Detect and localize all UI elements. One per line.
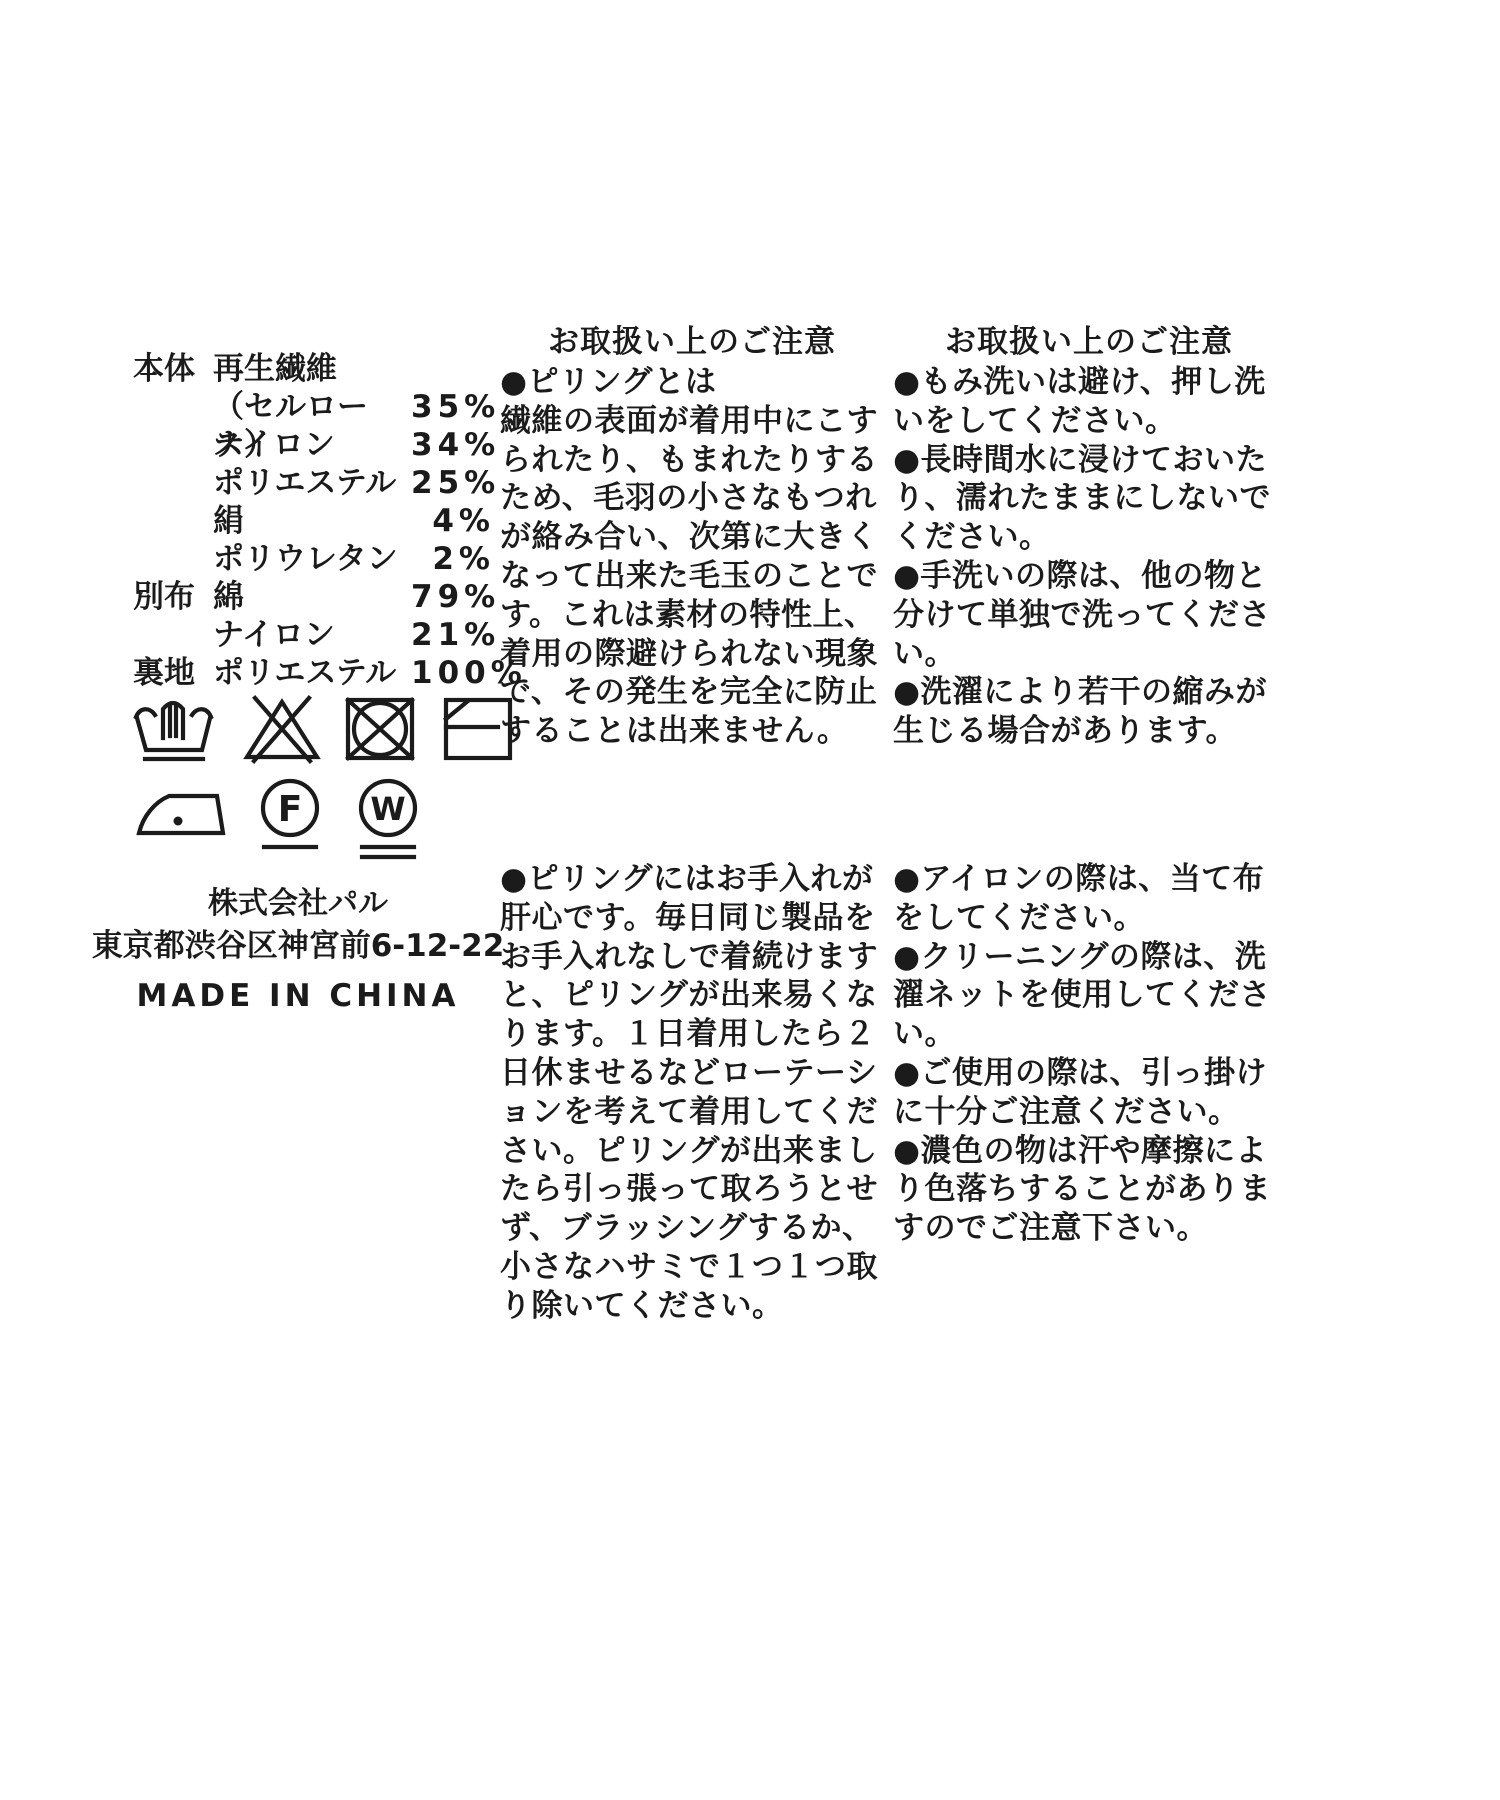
percent-value: 35% bbox=[411, 388, 495, 426]
composition-row: 絹 4% bbox=[133, 502, 490, 540]
material-label: 再生繊維 bbox=[213, 350, 411, 388]
care-symbols-row2: F W bbox=[133, 775, 427, 865]
part-label bbox=[133, 388, 213, 426]
care-label-sheet: 本体 再生繊維 （セルロース） 35% ナイロン 34% ポリエステル 25% … bbox=[0, 0, 1500, 1800]
part-label: 裏地 bbox=[133, 654, 213, 692]
composition-row: 別布 綿 79% bbox=[133, 578, 490, 616]
material-label: ポリウレタン bbox=[213, 540, 411, 578]
washing-instructions-text: ●もみ洗いは避け、押し洗 いをしてください。 ●長時間水に浸けておいた り、濡れ… bbox=[893, 363, 1293, 751]
percent-value: 2% bbox=[411, 540, 495, 578]
composition-row: 本体 再生繊維 bbox=[133, 350, 490, 388]
do-not-bleach-icon bbox=[240, 692, 324, 766]
part-label bbox=[133, 502, 213, 540]
dry-clean-f-icon: F bbox=[251, 775, 329, 855]
material-label: ポリエステル bbox=[213, 464, 411, 502]
composition-row: 裏地 ポリエステル 100% bbox=[133, 654, 490, 692]
material-label: ポリエステル bbox=[213, 654, 411, 692]
composition-row: ナイロン 21% bbox=[133, 616, 490, 654]
percent-value bbox=[411, 350, 495, 388]
percent-value: 4% bbox=[411, 502, 495, 540]
part-label: 別布 bbox=[133, 578, 213, 616]
middle-column-header: お取扱い上のご注意 bbox=[500, 323, 884, 361]
fabric-composition-table: 本体 再生繊維 （セルロース） 35% ナイロン 34% ポリエステル 25% … bbox=[133, 350, 490, 692]
company-block: 株式会社パル 東京都渋谷区神宮前6-12-22 MADE IN CHINA bbox=[88, 884, 508, 1016]
company-address: 東京都渋谷区神宮前6-12-22 bbox=[88, 926, 508, 966]
part-label bbox=[133, 540, 213, 578]
material-label: ナイロン bbox=[213, 426, 411, 464]
material-label: ナイロン bbox=[213, 616, 411, 654]
company-name: 株式会社パル bbox=[88, 884, 508, 924]
svg-text:F: F bbox=[278, 789, 303, 830]
part-label: 本体 bbox=[133, 350, 213, 388]
country-of-origin: MADE IN CHINA bbox=[88, 976, 508, 1016]
material-label: （セルロース） bbox=[213, 388, 411, 426]
composition-row: ポリウレタン 2% bbox=[133, 540, 490, 578]
pilling-care-text: ●ピリングにはお手入れが 肝心です。毎日同じ製品を お手入れなしで着続けます と… bbox=[500, 860, 892, 1326]
right-column-header: お取扱い上のご注意 bbox=[893, 323, 1285, 361]
hand-wash-icon bbox=[130, 692, 226, 766]
wet-clean-w-icon: W bbox=[349, 775, 427, 865]
care-symbols-row1 bbox=[130, 692, 520, 766]
percent-value: 21% bbox=[411, 616, 495, 654]
pilling-explanation-text: ●ピリングとは 繊維の表面が着用中にこす られたり、もまれたりする ため、毛羽の… bbox=[500, 363, 892, 751]
percent-value: 34% bbox=[411, 426, 495, 464]
composition-row: （セルロース） 35% bbox=[133, 388, 490, 426]
part-label bbox=[133, 464, 213, 502]
composition-row: ナイロン 34% bbox=[133, 426, 490, 464]
material-label: 絹 bbox=[213, 502, 411, 540]
percent-value: 25% bbox=[411, 464, 495, 502]
svg-text:W: W bbox=[370, 790, 405, 828]
composition-row: ポリエステル 25% bbox=[133, 464, 490, 502]
percent-value: 100% bbox=[411, 654, 495, 692]
usage-cautions-text: ●アイロンの際は、当て布 をしてください。 ●クリーニングの際は、洗 濯ネットを… bbox=[893, 860, 1293, 1248]
do-not-tumble-dry-icon bbox=[338, 692, 422, 766]
part-label bbox=[133, 426, 213, 464]
iron-low-heat-icon bbox=[133, 775, 231, 839]
part-label bbox=[133, 616, 213, 654]
material-label: 綿 bbox=[213, 578, 411, 616]
percent-value: 79% bbox=[411, 578, 495, 616]
